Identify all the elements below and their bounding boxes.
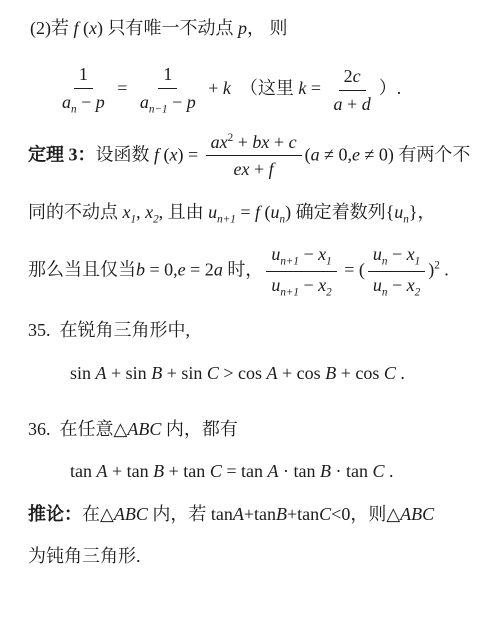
text-run: sin: [70, 363, 96, 383]
text-run: }，: [409, 202, 436, 222]
text-run: ) 只有唯一不动点: [97, 18, 238, 38]
text-run: + sin: [107, 363, 152, 383]
text-run: +: [204, 78, 223, 98]
math-variable: u: [271, 275, 280, 295]
math-variable: c: [353, 66, 361, 86]
text-run: −: [299, 244, 318, 264]
math-variable: u: [394, 202, 403, 222]
text-run: 为钝角三角形.: [28, 546, 141, 566]
text-run: +: [343, 94, 362, 114]
formula-sin-cos-inequality: sin A + sin B + sin C > cos A + cos B + …: [70, 361, 488, 385]
math-variable: b: [136, 259, 145, 279]
text-run: .: [396, 363, 405, 383]
fraction-numerator: un+1 − x1: [266, 244, 336, 272]
math-variable: x: [407, 244, 415, 264]
text-run: + tan: [108, 461, 154, 481]
math-variable: ABC: [400, 504, 434, 524]
item-36-heading: 36. 在任意△ABC 内，都有: [28, 417, 488, 441]
text-run: =: [236, 202, 255, 222]
text-run: 35. 在锐角三角形中,: [28, 320, 190, 340]
math-variable: x: [318, 244, 326, 264]
math-subscript: 2: [415, 286, 421, 298]
formula-tan-identity: tan A + tan B + tan C = tan A · tan B · …: [70, 459, 488, 483]
text-run: ）.: [379, 78, 402, 98]
text-run: 2: [344, 66, 353, 86]
fraction: un+1 − x1un+1 − x2: [266, 244, 336, 299]
text-run: · tan: [278, 461, 319, 481]
text-run: −: [77, 92, 96, 112]
math-variable: f: [269, 159, 274, 179]
text-run: (: [159, 144, 170, 164]
text-run: +: [269, 132, 288, 152]
math-variable: x: [170, 144, 178, 164]
bold-label: 推论：: [28, 504, 82, 524]
math-variable: C: [319, 504, 331, 524]
text-run: 时，: [223, 259, 264, 279]
math-variable: C: [384, 363, 396, 383]
text-run: −: [299, 275, 318, 295]
text-run: ) 确定着数列{: [285, 202, 394, 222]
text-run: 1: [79, 64, 88, 84]
text-run: <0，则△: [331, 504, 400, 524]
math-variable: e: [178, 259, 186, 279]
math-variable: x: [145, 202, 153, 222]
math-variable: a: [334, 94, 343, 114]
math-variable: x: [123, 202, 131, 222]
text-run: ， 则: [247, 18, 288, 38]
text-run: = 0,: [145, 259, 178, 279]
math-variable: c: [289, 132, 297, 152]
math-variable: u: [208, 202, 217, 222]
math-subscript: n+1: [280, 255, 299, 267]
paragraph-corollary-continued: 为钝角三角形.: [28, 544, 488, 568]
text-run: −: [168, 92, 187, 112]
fraction: un − x1un − x2: [368, 244, 425, 299]
text-run: , 且由: [159, 202, 209, 222]
math-variable: B: [276, 504, 287, 524]
text-run: ≠ 0) 有两个不: [360, 144, 470, 164]
text-run: 内，若 tan: [148, 504, 233, 524]
paragraph-iff-condition: 那么当且仅当b = 0,e = 2a 时，un+1 − x1un+1 − x2 …: [28, 244, 488, 299]
text-run: + sin: [162, 363, 207, 383]
text-run: = 2: [186, 259, 214, 279]
math-variable: e: [352, 144, 360, 164]
math-variable: A: [97, 461, 108, 481]
text-run: ,: [136, 202, 145, 222]
math-variable: p: [238, 18, 247, 38]
text-run: 在△: [82, 504, 114, 524]
math-variable: B: [153, 461, 164, 481]
math-variable: A: [267, 363, 278, 383]
math-variable: k: [223, 78, 231, 98]
math-variable: B: [325, 363, 336, 383]
text-run: 同的不动点: [28, 202, 123, 222]
text-run: −: [387, 244, 406, 264]
text-run: · tan: [331, 461, 372, 481]
fraction-denominator: an − p: [57, 89, 110, 116]
item-35-heading: 35. 在锐角三角形中,: [28, 318, 488, 342]
text-run: .: [384, 461, 393, 481]
text-run: ) =: [178, 144, 203, 164]
text-run: +: [250, 159, 269, 179]
math-variable: ABC: [127, 419, 161, 439]
fraction-numerator: 1: [158, 64, 177, 89]
math-subscript: n−1: [149, 104, 168, 116]
math-variable: C: [210, 461, 222, 481]
text-run: .: [440, 259, 449, 279]
math-variable: x: [89, 18, 97, 38]
text-run: 36. 在任意△: [28, 419, 127, 439]
text-run: 内，都有: [161, 419, 238, 439]
text-run: ≠ 0,: [320, 144, 352, 164]
math-variable: x: [318, 275, 326, 295]
text-run: (2)若: [30, 18, 74, 38]
text-run: +tan: [244, 504, 276, 524]
text-run: = tan: [222, 461, 268, 481]
text-run: +: [233, 132, 252, 152]
document-page: (2)若 f (x) 只有唯一不动点 p， 则 1an − p = 1an−1 …: [0, 0, 498, 631]
math-variable: B: [320, 461, 331, 481]
math-variable: a: [311, 144, 320, 164]
text-run: + cos: [278, 363, 326, 383]
math-variable: C: [207, 363, 219, 383]
fraction-denominator: ex + f: [229, 156, 279, 180]
text-run: + tan: [164, 461, 210, 481]
fraction-numerator: 1: [74, 64, 93, 89]
math-variable: A: [267, 461, 278, 481]
math-variable: u: [373, 244, 382, 264]
math-variable: C: [372, 461, 384, 481]
math-variable: B: [151, 363, 162, 383]
math-variable: u: [271, 244, 280, 264]
text-run: = (: [340, 259, 365, 279]
paragraph-theorem-3: 定理 3：设函数 f (x) = ax2 + bx + cex + f(a ≠ …: [28, 132, 488, 180]
text-run: 设函数: [96, 144, 155, 164]
text-run: + cos: [336, 363, 384, 383]
math-variable: u: [373, 275, 382, 295]
formula-reciprocal-recurrence: 1an − p = 1an−1 − p + k （这里 k = 2ca + d）…: [54, 64, 488, 115]
text-run: −: [387, 275, 406, 295]
math-variable: A: [96, 363, 107, 383]
math-variable: d: [362, 94, 371, 114]
math-variable: ex: [234, 159, 250, 179]
text-run: =: [113, 78, 132, 98]
fraction-denominator: an−1 − p: [135, 89, 201, 116]
math-variable: ax: [211, 132, 228, 152]
fraction: 1an−1 − p: [135, 64, 201, 115]
fraction-numerator: un − x1: [368, 244, 425, 272]
math-subscript: 1: [326, 255, 332, 267]
text-run: 1: [163, 64, 172, 84]
math-variable: a: [62, 92, 71, 112]
paragraph-unique-fixed-point: (2)若 f (x) 只有唯一不动点 p， 则: [30, 16, 488, 40]
math-variable: A: [233, 504, 244, 524]
math-variable: a: [140, 92, 149, 112]
math-variable: u: [271, 202, 280, 222]
fraction-denominator: un+1 − x2: [266, 272, 336, 299]
fraction: ax2 + bx + cex + f: [206, 132, 302, 180]
fraction-denominator: a + d: [329, 91, 376, 115]
math-subscript: n+1: [217, 214, 236, 226]
math-variable: a: [214, 259, 223, 279]
text-run: （这里: [231, 78, 299, 98]
bold-label: 定理 3：: [28, 144, 96, 164]
text-run: tan: [70, 461, 97, 481]
paragraph-theorem-3-continued: 同的不动点 x1, x2, 且由 un+1 = f (un) 确定着数列{un}…: [28, 200, 488, 226]
math-subscript: n+1: [280, 286, 299, 298]
fraction-numerator: ax2 + bx + c: [206, 132, 302, 157]
math-variable: p: [187, 92, 196, 112]
text-run: (: [260, 202, 271, 222]
text-run: > cos: [219, 363, 267, 383]
fraction-denominator: un − x2: [368, 272, 425, 299]
math-subscript: 1: [415, 255, 421, 267]
math-variable: bx: [252, 132, 269, 152]
fraction: 2ca + d: [329, 66, 376, 114]
math-variable: ABC: [114, 504, 148, 524]
math-variable: x: [407, 275, 415, 295]
text-run: (: [79, 18, 90, 38]
fraction: 1an − p: [57, 64, 110, 115]
text-run: =: [306, 78, 325, 98]
math-variable: p: [96, 92, 105, 112]
text-run: 那么当且仅当: [28, 259, 136, 279]
fraction-numerator: 2c: [339, 66, 366, 91]
math-subscript: 2: [326, 286, 332, 298]
paragraph-corollary: 推论：在△ABC 内，若 tanA+tanB+tanC<0，则△ABC: [28, 502, 488, 526]
text-run: +tan: [287, 504, 319, 524]
